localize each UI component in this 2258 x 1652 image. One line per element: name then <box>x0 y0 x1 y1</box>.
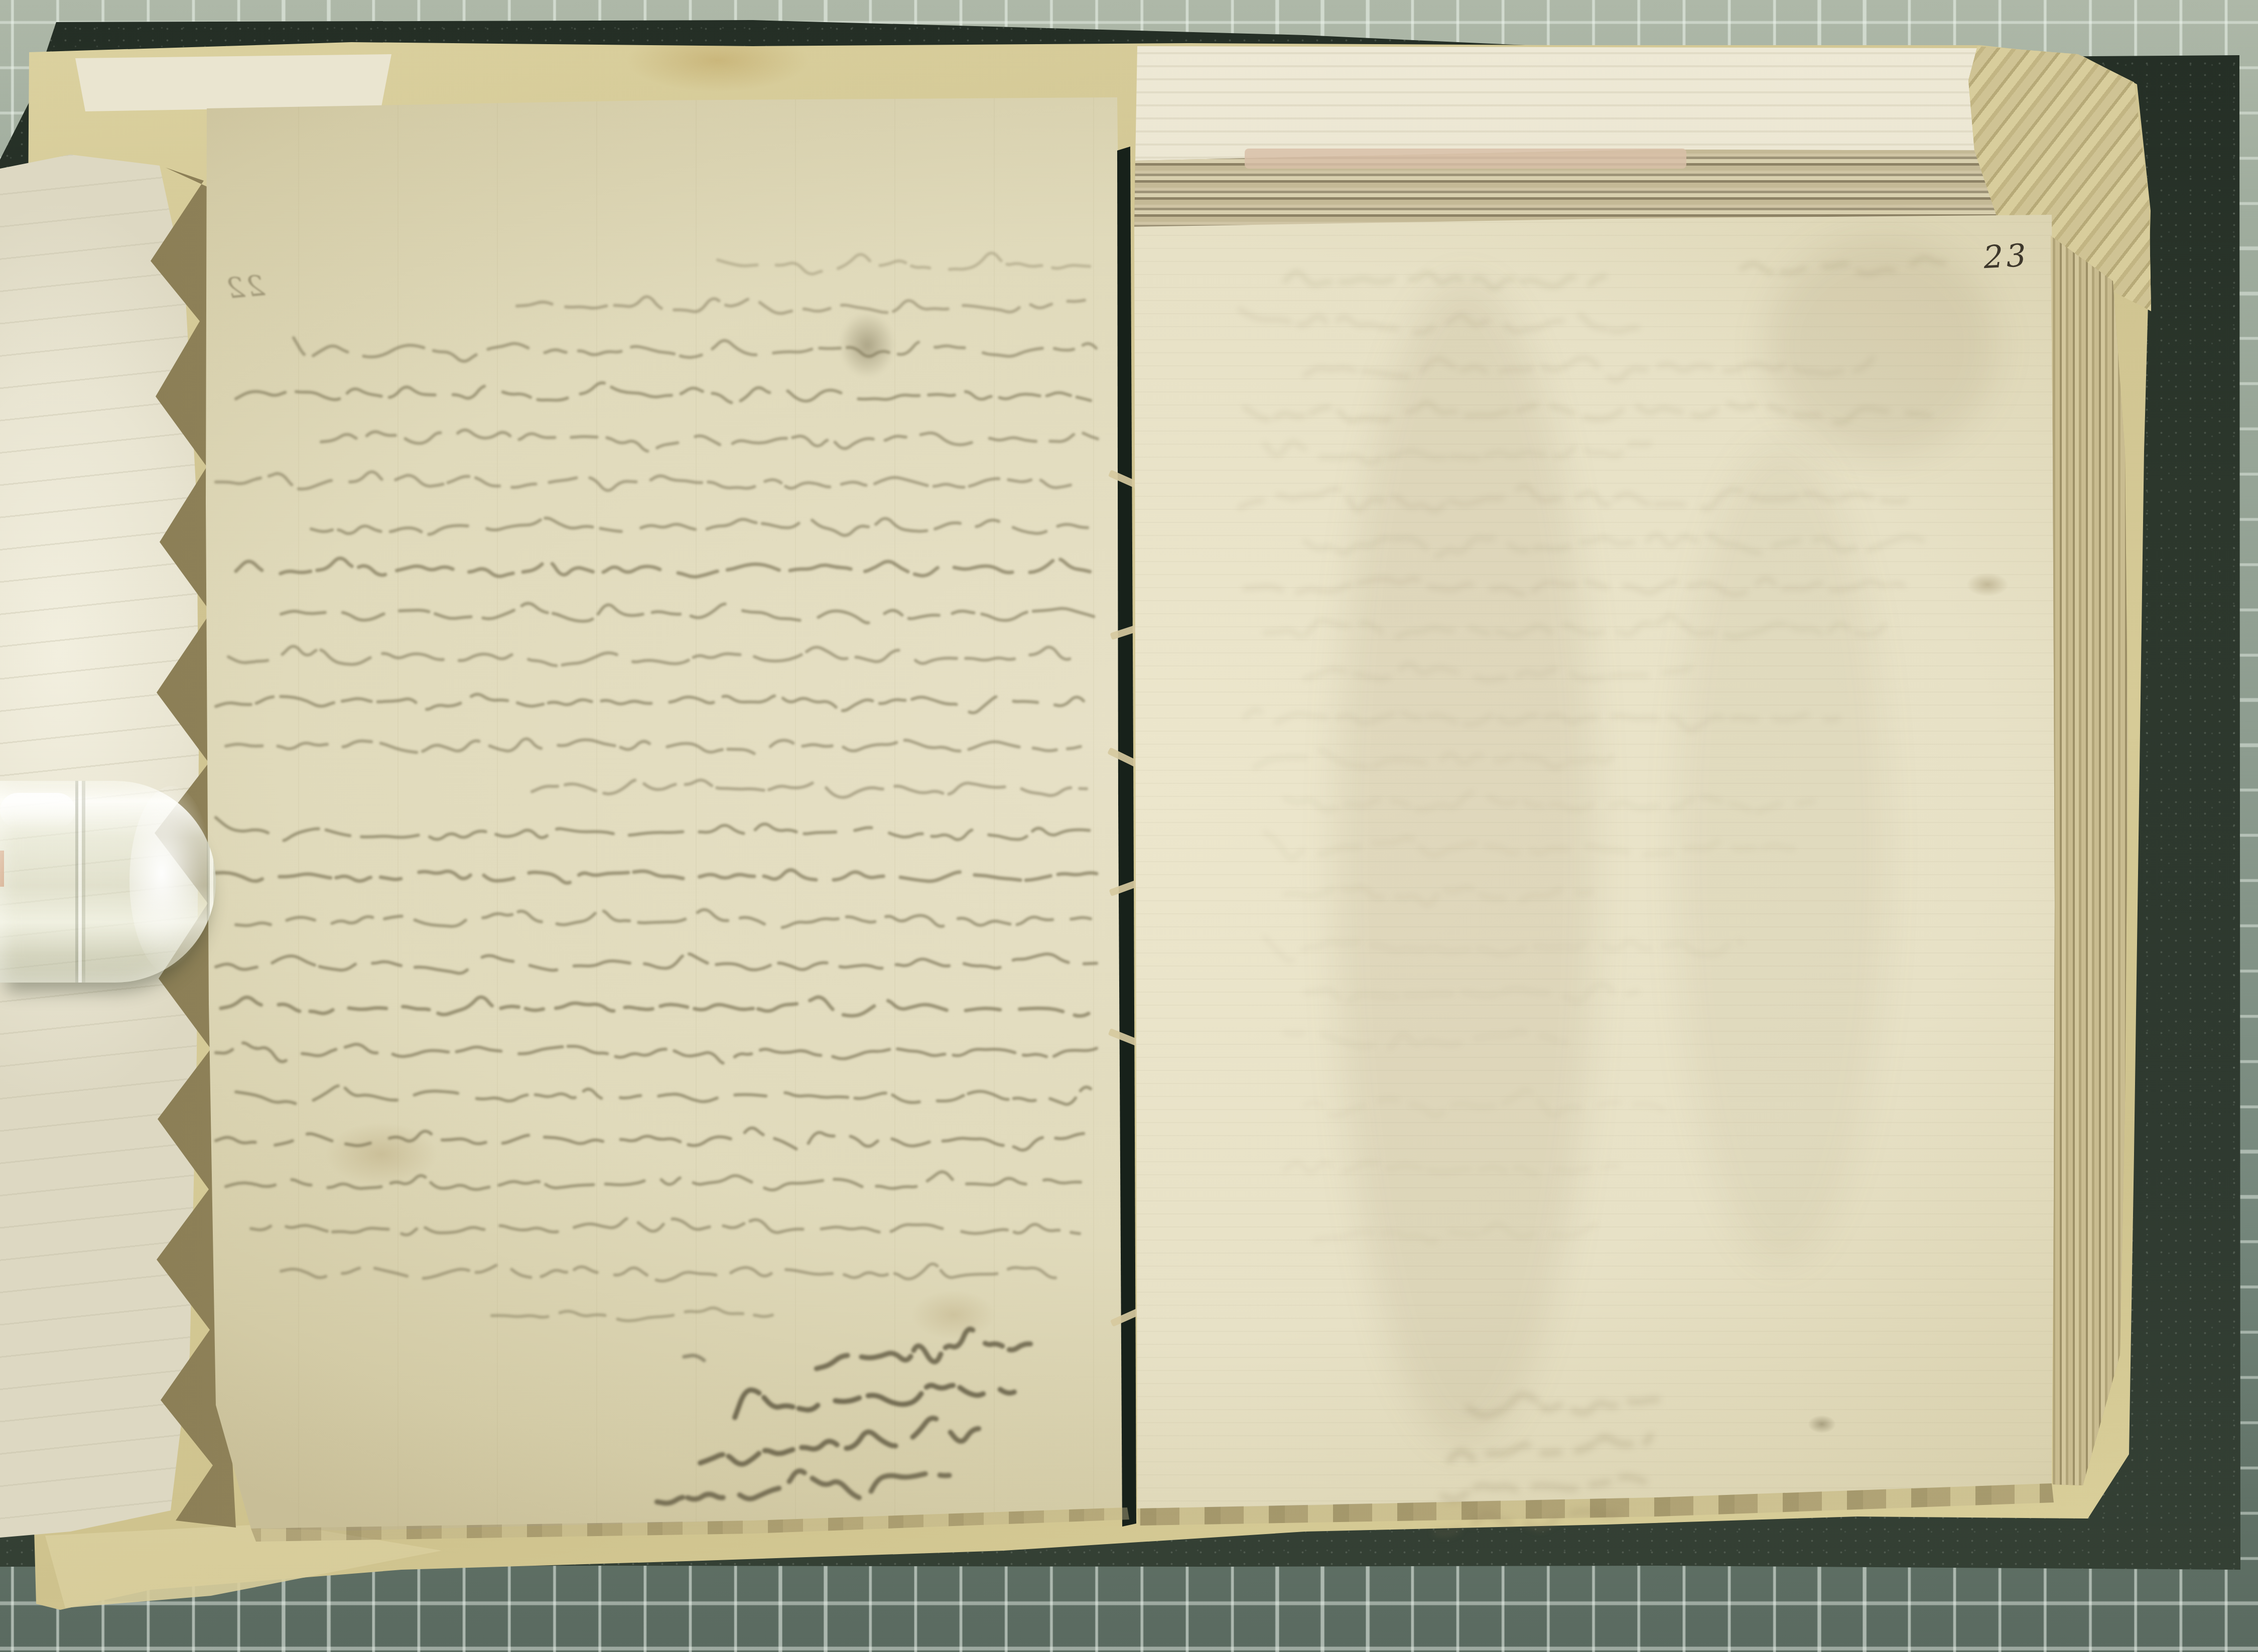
archival-photo-canvas: 22 23 <box>0 0 2258 1652</box>
bleed-smudge-column <box>1676 442 1887 1265</box>
folio-number-left: 22 <box>223 269 266 306</box>
ink-blot <box>837 310 897 380</box>
bleed-smudge-column <box>1335 281 1596 1445</box>
folio-number-right: 23 <box>1982 237 2030 276</box>
bleed-smudge-corner <box>1767 236 1998 457</box>
pink-paper-strip <box>1245 149 1686 169</box>
glass-weight <box>0 781 216 983</box>
